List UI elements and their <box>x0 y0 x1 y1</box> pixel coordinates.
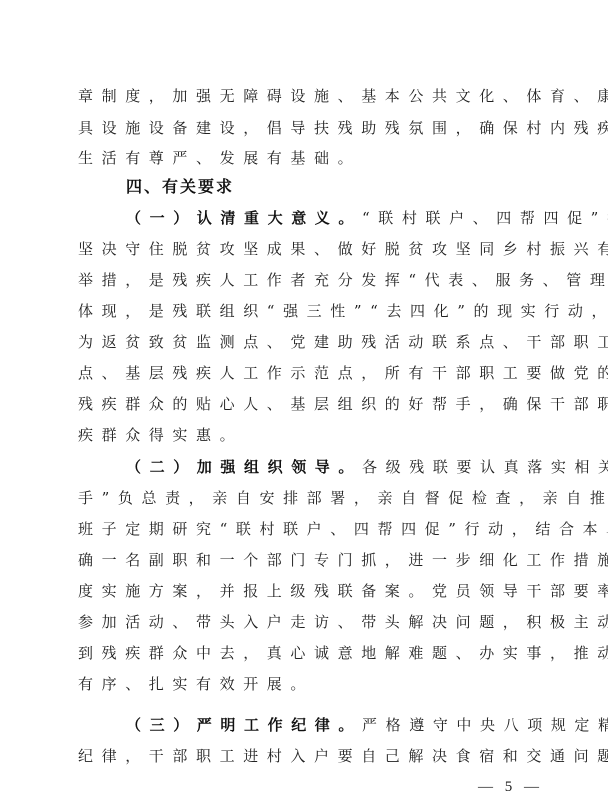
body-text-line: 具设施设备建设，倡导扶残助残氛围，确保村内残疾人生存有保障、 <box>78 116 548 140</box>
body-text-line: 章制度，加强无障碍设施、基本公共文化、体育、康复、托养、辅 <box>78 84 548 108</box>
body-text-line: 手”负总责，亲自安排部署，亲自督促检查，亲自推动落实。领导 <box>78 486 548 510</box>
body-text-line: 举措，是残疾人工作者充分发挥“代表、服务、管理”职能的具体 <box>78 268 548 292</box>
paragraph-text: 各级残联要认真落实相关工作，“一把 <box>362 458 608 476</box>
body-text-line: 到残疾群众中去，真心诚意地解难题、办实事，推动各项工作健康 <box>78 641 548 665</box>
body-text-line: 疾群众得实惠。 <box>78 423 548 447</box>
page-number: — 5 — <box>478 776 543 798</box>
body-text-line: 为返贫致贫监测点、党建助残活动联系点、干部职工教育活动实践 <box>78 330 548 354</box>
paragraph-subtitle: （一）认清重大意义。 <box>126 209 362 227</box>
paragraph-first-line: （一）认清重大意义。“联村联户、四帮四促”行动是残联系统 <box>126 206 596 230</box>
body-text-line: 坚决守住脱贫攻坚成果、做好脱贫攻坚同乡村振兴有效衔接的具体 <box>78 237 548 261</box>
body-text-line: 点、基层残疾人工作示范点，所有干部职工要做党的政策的宣传员、 <box>78 361 548 385</box>
section-heading: 四、有关要求 <box>126 175 596 199</box>
body-text-line: 度实施方案，并报上级残联备案。党员领导干部要率先垂范，带头 <box>78 579 548 603</box>
document-page: 章制度，加强无障碍设施、基本公共文化、体育、康复、托养、辅 具设施设备建设，倡导… <box>0 0 608 803</box>
paragraph-first-line: （三）严明工作纪律。严格遵守中央八项规定精神和党的群众 <box>126 713 596 737</box>
body-text-line: 残疾群众的贴心人、基层组织的好帮手，确保干部职工受教育、残 <box>78 392 548 416</box>
paragraph-text: “联村联户、四帮四促”行动是残联系统 <box>362 209 608 227</box>
body-text-line: 参加活动、带头入户走访、带头解决问题，积极主动地到基层去、 <box>78 610 548 634</box>
body-text-line: 班子定期研究“联村联户、四帮四促”行动，结合本单位实际，明 <box>78 517 548 541</box>
paragraph-subtitle: （三）严明工作纪律。 <box>126 716 362 734</box>
body-text-line: 纪律，干部职工进村入户要自己解决食宿和交通问题，不准要求层 <box>78 744 548 768</box>
body-text-line: 生活有尊严、发展有基础。 <box>78 146 548 170</box>
paragraph-subtitle: （二）加强组织领导。 <box>126 458 362 476</box>
body-text-line: 有序、扎实有效开展。 <box>78 672 548 696</box>
paragraph-first-line: （二）加强组织领导。各级残联要认真落实相关工作，“一把 <box>126 455 596 479</box>
paragraph-text: 严格遵守中央八项规定精神和党的群众 <box>362 716 608 734</box>
body-text-line: 确一名副职和一个部门专门抓，进一步细化工作措施，科学制定年 <box>78 548 548 572</box>
body-text-line: 体现，是残联组织“强三性”“去四化”的现实行动，将联点村建设 <box>78 299 548 323</box>
